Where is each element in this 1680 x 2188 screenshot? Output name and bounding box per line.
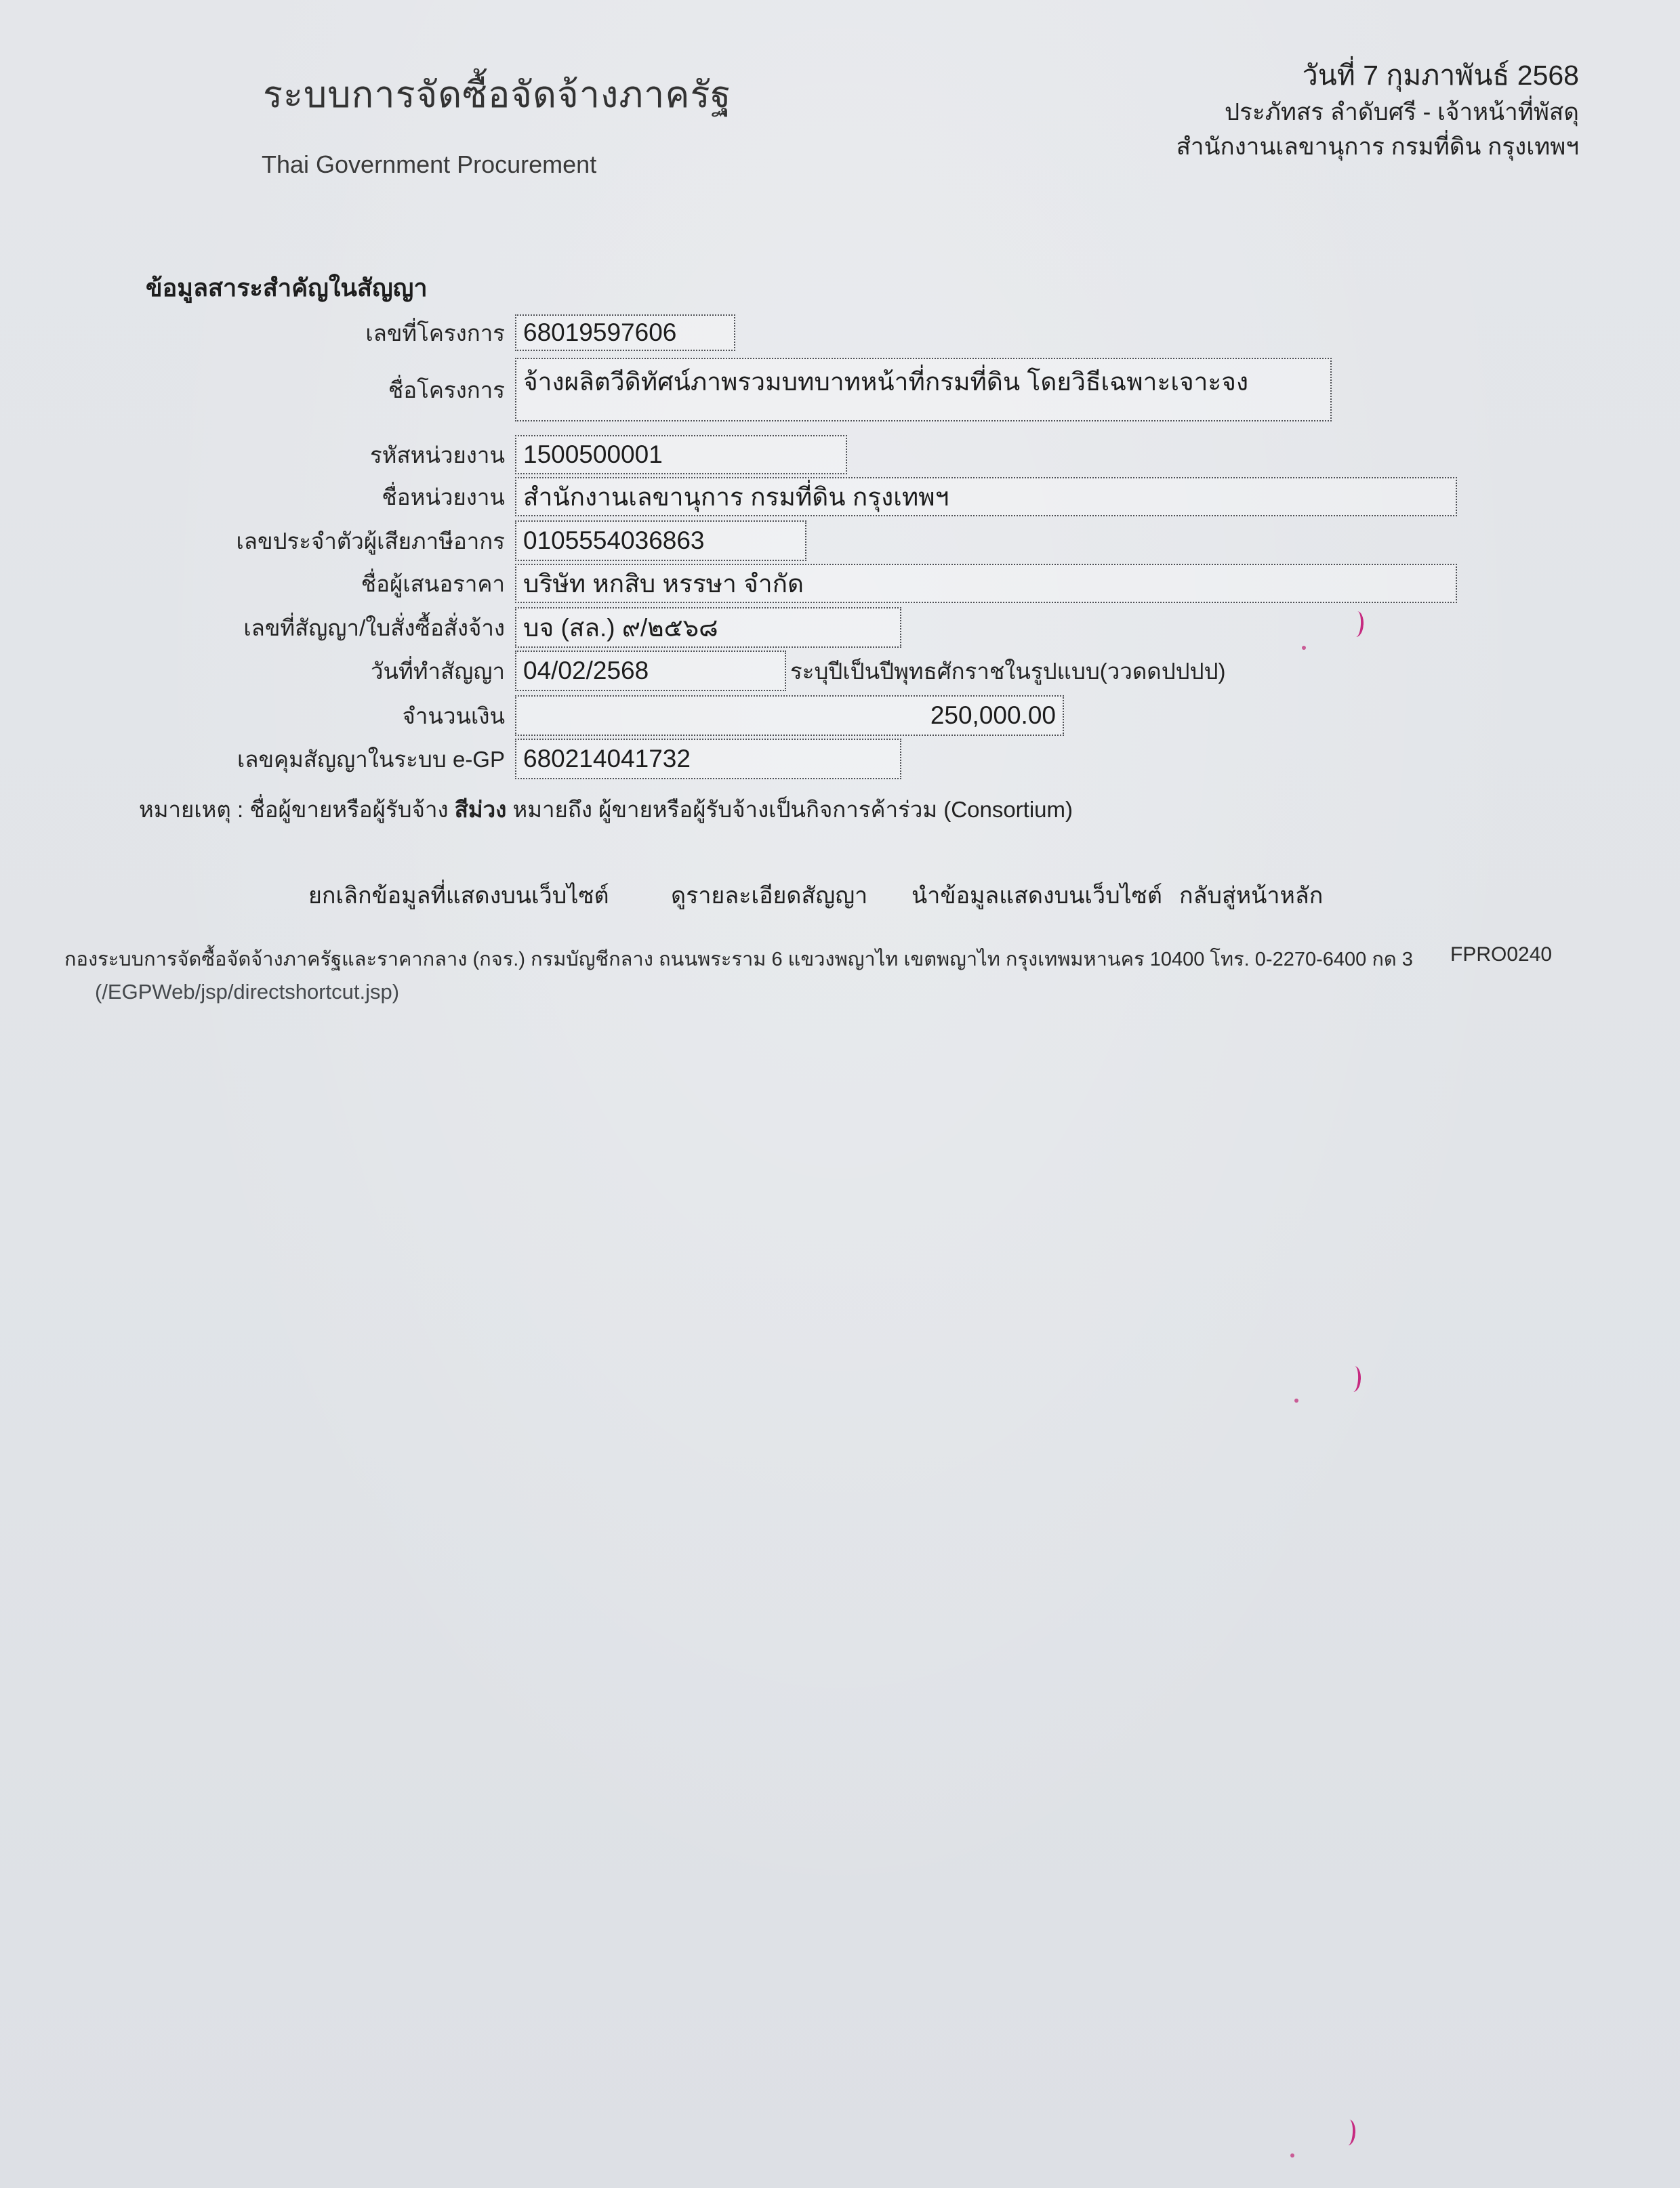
consortium-note: หมายเหตุ : ชื่อผู้ขายหรือผู้รับจ้าง สีม่…	[139, 791, 1073, 827]
bidder-name-input[interactable]: บริษัท หกสิบ หรรษา จำกัด	[515, 564, 1457, 603]
pen-dot	[1290, 2153, 1294, 2158]
note-prefix: หมายเหตุ : ชื่อผู้ขายหรือผู้รับจ้าง	[139, 797, 455, 822]
tax-id-input[interactable]: 0105554036863	[515, 520, 806, 561]
note-purple-word: สีม่วง	[455, 797, 507, 822]
project-number-input[interactable]: 68019597606	[515, 314, 735, 351]
project-name-label: ชื่อโครงการ	[0, 372, 505, 408]
print-date: วันที่ 7 กุมภาพันธ์ 2568	[1176, 56, 1579, 96]
field-row-bidder-name: ชื่อผู้เสนอราคา บริษัท หกสิบ หรรษา จำกัด	[0, 564, 1457, 603]
project-number-label: เลขที่โครงการ	[0, 315, 505, 351]
field-row-egp-number: เลขคุมสัญญาในระบบ e-GP 680214041732	[0, 739, 901, 779]
buddhist-year-hint: ระบุปีเป็นปีพุทธศักราชในรูปแบบ(ววดดปปปป)	[790, 653, 1226, 689]
bidder-name-label: ชื่อผู้เสนอราคา	[0, 566, 505, 602]
amount-input[interactable]: 250,000.00	[515, 695, 1064, 736]
note-suffix: หมายถึง ผู้ขายหรือผู้รับจ้างเป็นกิจการค้…	[506, 797, 1073, 822]
egp-number-input[interactable]: 680214041732	[515, 739, 901, 779]
pen-dot	[1302, 646, 1306, 650]
org-name: สำนักงานเลขานุการ กรมที่ดิน กรุงเทพฯ	[1176, 130, 1579, 165]
scanned-page: ระบบการจัดซื้อจัดจ้างภาครัฐ Thai Governm…	[0, 0, 1680, 2188]
contract-number-input[interactable]: บจ (สล.) ๙/๒๕๖๘	[515, 607, 901, 648]
officer-name: ประภัทสร ลำดับศรี - เจ้าหน้าที่พัสดุ	[1176, 96, 1579, 130]
field-row-contract-date: วันที่ทำสัญญา 04/02/2568 ระบุปีเป็นปีพุท…	[0, 651, 1226, 691]
form-code: FPRO0240	[1450, 943, 1552, 966]
view-contract-detail-button[interactable]: ดูรายละเอียดสัญญา	[671, 877, 867, 913]
amount-label: จำนวนเงิน	[0, 698, 505, 734]
field-row-agency-code: รหัสหน่วยงาน 1500500001	[0, 435, 847, 474]
field-row-amount: จำนวนเงิน 250,000.00	[0, 695, 1064, 736]
field-row-contract-number: เลขที่สัญญา/ใบสั่งซื้อสั่งจ้าง บจ (สล.) …	[0, 607, 901, 648]
pen-mark	[1341, 2120, 1356, 2146]
agency-name-label: ชื่อหน่วยงาน	[0, 479, 505, 515]
back-to-home-button[interactable]: กลับสู่หน้าหลัก	[1179, 877, 1323, 913]
tax-id-label: เลขประจำตัวผู้เสียภาษีอากร	[0, 523, 505, 559]
shortcut-url[interactable]: (/EGPWeb/jsp/directshortcut.jsp)	[95, 980, 399, 1004]
cancel-publish-button[interactable]: ยกเลิกข้อมูลที่แสดงบนเว็บไซต์	[308, 877, 609, 913]
app-title-thai: ระบบการจัดซื้อจัดจ้างภาครัฐ	[263, 65, 731, 123]
contract-date-input[interactable]: 04/02/2568	[515, 651, 786, 691]
project-name-input[interactable]: จ้างผลิตวีดิทัศน์ภาพรวมบทบาทหน้าที่กรมที…	[515, 358, 1332, 421]
app-title-english: Thai Government Procurement	[262, 150, 596, 179]
agency-name-input[interactable]: สำนักงานเลขานุการ กรมที่ดิน กรุงเทพฯ	[515, 477, 1457, 516]
publish-to-website-button[interactable]: นำข้อมูลแสดงบนเว็บไซต์	[911, 877, 1162, 913]
contract-date-label: วันที่ทำสัญญา	[0, 653, 505, 689]
section-title: ข้อมูลสาระสำคัญในสัญญา	[146, 268, 428, 307]
field-row-agency-name: ชื่อหน่วยงาน สำนักงานเลขานุการ กรมที่ดิน…	[0, 477, 1457, 516]
contract-number-label: เลขที่สัญญา/ใบสั่งซื้อสั่งจ้าง	[0, 610, 505, 646]
agency-code-label: รหัสหน่วยงาน	[0, 437, 505, 473]
field-row-tax-id: เลขประจำตัวผู้เสียภาษีอากร 0105554036863	[0, 520, 806, 561]
footer-address: กองระบบการจัดซื้อจัดจ้างภาครัฐและราคากลา…	[64, 943, 1413, 974]
pen-mark	[1349, 611, 1364, 638]
agency-code-input[interactable]: 1500500001	[515, 435, 847, 474]
pen-mark	[1347, 1366, 1361, 1392]
field-row-project-name: ชื่อโครงการ จ้างผลิตวีดิทัศน์ภาพรวมบทบาท…	[0, 358, 1332, 421]
pen-dot	[1294, 1399, 1298, 1403]
egp-number-label: เลขคุมสัญญาในระบบ e-GP	[0, 741, 505, 777]
header-meta: วันที่ 7 กุมภาพันธ์ 2568 ประภัทสร ลำดับศ…	[1176, 56, 1579, 165]
field-row-project-number: เลขที่โครงการ 68019597606	[0, 314, 735, 351]
